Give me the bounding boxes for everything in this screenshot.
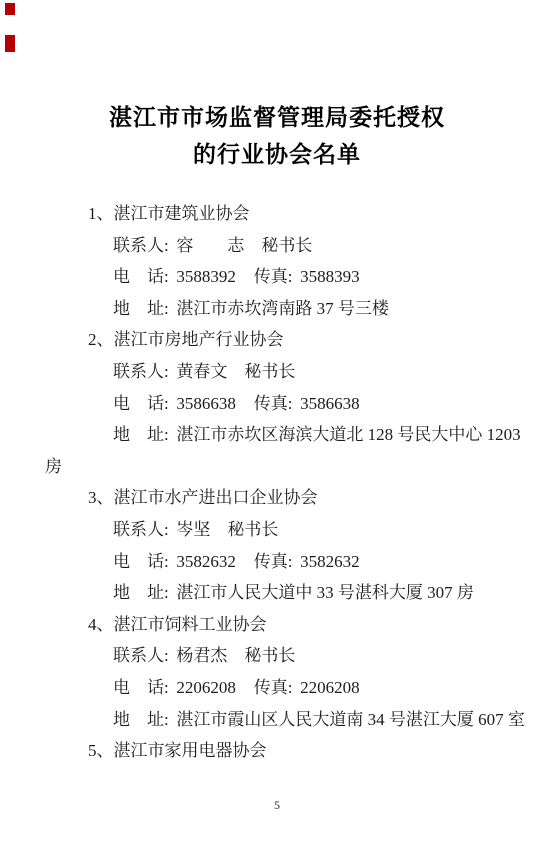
association-name-line: 5、湛江市家用电器协会 xyxy=(0,735,554,767)
red-stamp-mark xyxy=(5,35,15,52)
phone-fax-line: 电 话:2206208传真:2206208 xyxy=(0,672,554,704)
address-value: 湛江市赤坎湾南路 37 号三楼 xyxy=(176,299,389,318)
doc-title: 湛江市市场监督管理局委托授权 的行业协会名单 xyxy=(0,99,554,173)
fax-value: 3582632 xyxy=(300,552,360,571)
phone-value: 3582632 xyxy=(176,552,236,571)
fax-value: 3588393 xyxy=(300,267,360,286)
address-label: 地 址: xyxy=(113,583,169,602)
address-line: 地 址:湛江市人民大道中 33 号湛科大厦 307 房 xyxy=(0,577,554,609)
address-line: 地 址:湛江市霞山区人民大道南 34 号湛江大厦 607 室 xyxy=(0,704,554,736)
fax-value: 3586638 xyxy=(300,394,360,413)
address-value: 湛江市赤坎区海滨大道北 128 号民大中心 1203 xyxy=(176,425,520,444)
contact-value: 杨君杰 秘书长 xyxy=(176,646,295,665)
address-value: 湛江市霞山区人民大道南 34 号湛江大厦 607 室 xyxy=(176,710,525,729)
phone-value: 2206208 xyxy=(176,678,236,697)
association-name: 湛江市建筑业协会 xyxy=(114,204,250,223)
phone-fax-line: 电 话:3586638传真:3586638 xyxy=(0,388,554,420)
phone-label: 电 话: xyxy=(113,394,169,413)
contact-value: 岑坚 秘书长 xyxy=(176,520,278,539)
association-number: 2、 xyxy=(88,330,114,349)
address-label: 地 址: xyxy=(113,425,169,444)
contact-value: 黄春文 秘书长 xyxy=(176,362,295,381)
association-number: 4、 xyxy=(88,615,114,634)
contact-value: 容 志 秘书长 xyxy=(176,236,312,255)
doc-title-line-2: 的行业协会名单 xyxy=(0,136,554,173)
association-name: 湛江市家用电器协会 xyxy=(114,741,267,760)
phone-fax-line: 电 话:3582632传真:3582632 xyxy=(0,546,554,578)
red-stamp-mark xyxy=(5,3,15,15)
association-name: 湛江市房地产行业协会 xyxy=(114,330,284,349)
doc-title-line-1: 湛江市市场监督管理局委托授权 xyxy=(0,99,554,136)
fax-label: 传真: xyxy=(254,267,293,286)
address-label: 地 址: xyxy=(113,710,169,729)
phone-label: 电 话: xyxy=(113,678,169,697)
contact-person-line: 联系人:杨君杰 秘书长 xyxy=(0,640,554,672)
association-name-line: 2、湛江市房地产行业协会 xyxy=(0,324,554,356)
association-name: 湛江市水产进出口企业协会 xyxy=(114,488,318,507)
fax-label: 传真: xyxy=(254,394,293,413)
phone-value: 3586638 xyxy=(176,394,236,413)
address-wrap-line: 房 xyxy=(0,451,554,483)
association-name: 湛江市饲料工业协会 xyxy=(114,615,267,634)
phone-label: 电 话: xyxy=(113,267,169,286)
association-number: 1、 xyxy=(88,204,114,223)
contact-label: 联系人: xyxy=(113,646,169,665)
document-page: 湛江市市场监督管理局委托授权 的行业协会名单 1、湛江市建筑业协会 联系人:容 … xyxy=(0,0,554,864)
contact-person-line: 联系人:黄春文 秘书长 xyxy=(0,356,554,388)
association-name-line: 3、湛江市水产进出口企业协会 xyxy=(0,482,554,514)
association-name-line: 1、湛江市建筑业协会 xyxy=(0,198,554,230)
contact-label: 联系人: xyxy=(113,236,169,255)
association-number: 5、 xyxy=(88,741,114,760)
fax-value: 2206208 xyxy=(300,678,360,697)
address-line: 地 址:湛江市赤坎湾南路 37 号三楼 xyxy=(0,293,554,325)
phone-label: 电 话: xyxy=(113,552,169,571)
association-number: 3、 xyxy=(88,488,114,507)
address-line: 地 址:湛江市赤坎区海滨大道北 128 号民大中心 1203 xyxy=(0,419,554,451)
fax-label: 传真: xyxy=(254,678,293,697)
association-list: 1、湛江市建筑业协会 联系人:容 志 秘书长 电 话:3588392传真:358… xyxy=(0,198,554,767)
phone-fax-line: 电 话:3588392传真:3588393 xyxy=(0,261,554,293)
contact-label: 联系人: xyxy=(113,362,169,381)
contact-person-line: 联系人:容 志 秘书长 xyxy=(0,230,554,262)
fax-label: 传真: xyxy=(254,552,293,571)
address-label: 地 址: xyxy=(113,299,169,318)
page-number: 5 xyxy=(0,798,554,813)
contact-label: 联系人: xyxy=(113,520,169,539)
phone-value: 3588392 xyxy=(176,267,236,286)
contact-person-line: 联系人:岑坚 秘书长 xyxy=(0,514,554,546)
address-value: 湛江市人民大道中 33 号湛科大厦 307 房 xyxy=(176,583,474,602)
association-name-line: 4、湛江市饲料工业协会 xyxy=(0,609,554,641)
